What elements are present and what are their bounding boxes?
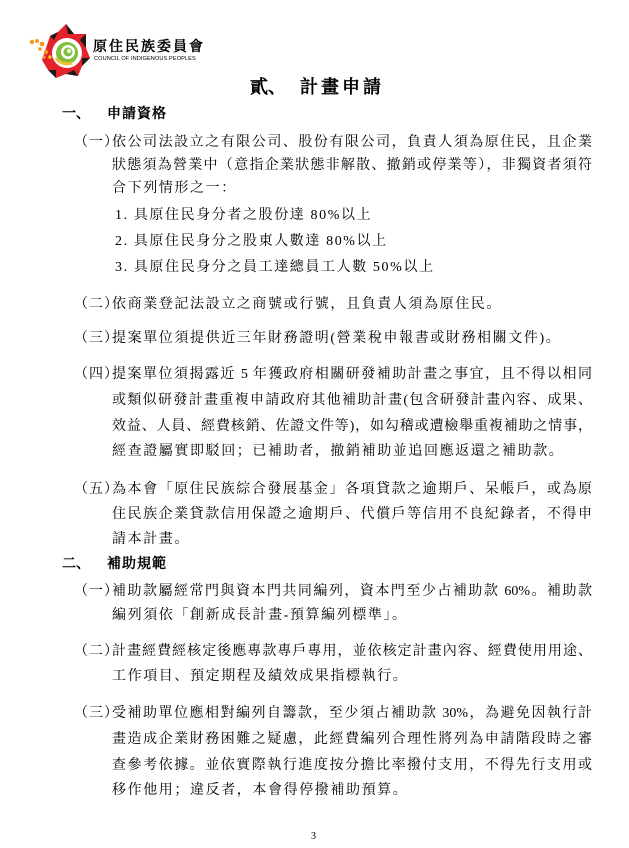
item-line: 效益、人員、經費核銷、佐證文件等)，如勾稽或遭檢舉重複補助之情事， — [112, 418, 592, 436]
section-number: 一、 — [62, 106, 90, 124]
item-line: 經查證屬實即駁回；已補助者，撤銷補助並追回應返還之補助款。 — [112, 443, 592, 461]
org-name-en: COUNCIL OF INDIGENOUS PEOPLES — [94, 56, 196, 63]
item-line: 查參考依據。並依實際執行進度按分擔比率撥付支用，不得先行支用或 — [112, 757, 592, 775]
page-title: 貳、計畫申請 — [250, 76, 384, 98]
title-number: 貳、 — [250, 76, 300, 98]
item-line: 工作項目、預定期程及績效成果指標執行。 — [112, 668, 592, 686]
item-line: 提案單位須提供近三年財務證明(營業稅申報書或財務相關文件)。 — [112, 330, 592, 348]
item-line: 合下列情形之一： — [112, 180, 592, 198]
sub-item: 1. 具原住民身分者之股份達 80%以上 — [115, 207, 372, 225]
item-line: 或類似研發計畫重複申請政府其他補助計畫(包含研發計畫內容、成果、 — [112, 392, 592, 410]
item-line: 狀態須為營業中（意指企業狀態非解散、撤銷或停業等），非獨資者須符 — [112, 157, 592, 175]
item-line: 提案單位須揭露近 5 年獲政府相關研發補助計畫之事宜，且不得以相同 — [112, 366, 592, 384]
section-heading: 申請資格 — [107, 106, 167, 124]
item-line: 依商業登記法設立之商號或行號，且負責人須為原住民。 — [112, 296, 592, 314]
item-line: 請本計畫。 — [112, 531, 592, 549]
page-number: 3 — [311, 831, 316, 843]
item-line: 住民族企業貸款信用保證之逾期戶、代償戶等信用不良紀錄者，不得申 — [112, 506, 592, 524]
council-logo-icon — [28, 22, 90, 78]
item-line: 補助款屬經常門與資本門共同編列，資本門至少占補助款 60%。補助款 — [112, 583, 592, 601]
item-line: 畫造成企業財務困難之疑慮，此經費編列合理性將列為申請階段時之審 — [112, 731, 592, 749]
sub-item: 3. 具原住民身分之員工達總員工人數 50%以上 — [115, 259, 435, 277]
org-name-zh: 原住民族委員會 — [93, 40, 205, 56]
item-line: 為本會「原住民族綜合發展基金」各項貸款之逾期戶、呆帳戶，或為原 — [112, 481, 592, 499]
item-line: 依公司法設立之有限公司、股份有限公司，負責人須為原住民，且企業 — [112, 134, 592, 152]
section-number: 二、 — [62, 556, 90, 574]
sub-item: 2. 具原住民身分之股東人數達 80%以上 — [115, 233, 388, 251]
item-line: 編列須依「創新成長計畫-預算編列標準」。 — [112, 607, 592, 625]
item-line: 計畫經費經核定後應專款專戶專用，並依核定計畫內容、經費使用用途、 — [112, 643, 592, 661]
item-line: 移作他用；違反者，本會得停撥補助預算。 — [112, 782, 592, 800]
title-text: 計畫申請 — [300, 77, 384, 97]
item-line: 受補助單位應相對編列自籌款，至少須占補助款 30%，為避免因執行計 — [112, 705, 592, 723]
section-heading: 補助規範 — [107, 556, 167, 574]
